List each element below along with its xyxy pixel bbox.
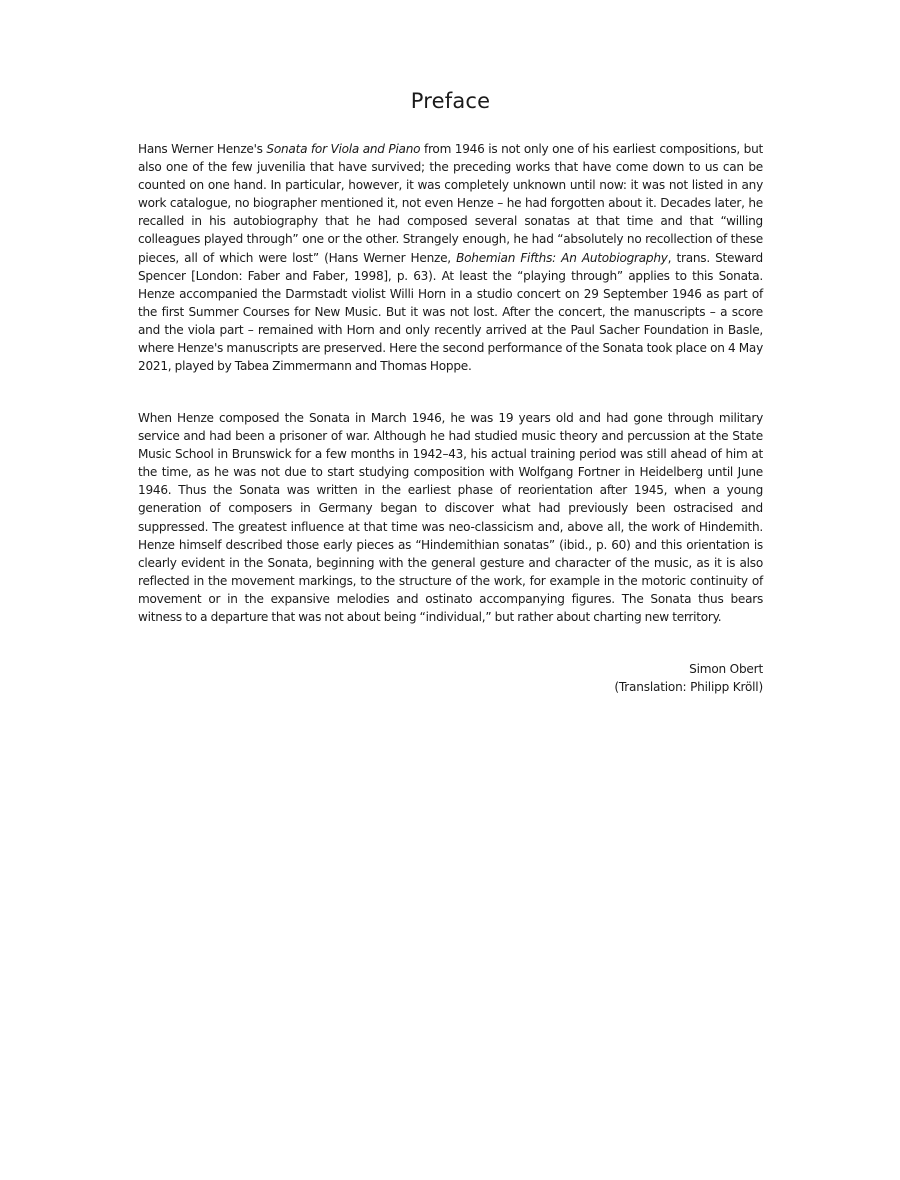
author-name: Simon Obert (614, 660, 763, 678)
signature-block: Simon Obert (Translation: Philipp Kröll) (614, 660, 763, 696)
book-title-italic: Bohemian Fifths: An Autobiography (456, 251, 668, 265)
work-title-italic: Sonata for Viola and Piano (266, 142, 420, 156)
page-title: Preface (138, 87, 763, 115)
paragraph-text: from 1946 is not only one of his earlies… (138, 142, 763, 265)
translation-credit: (Translation: Philipp Kröll) (614, 678, 763, 696)
paragraph-text: , trans. Steward Spencer [London: Faber … (138, 251, 763, 374)
preface-paragraph-1: Hans Werner Henze's Sonata for Viola and… (138, 140, 763, 375)
preface-paragraph-2: When Henze composed the Sonata in March … (138, 409, 763, 626)
paragraph-text: Hans Werner Henze's (138, 142, 266, 156)
paragraph-text: When Henze composed the Sonata in March … (138, 411, 763, 624)
